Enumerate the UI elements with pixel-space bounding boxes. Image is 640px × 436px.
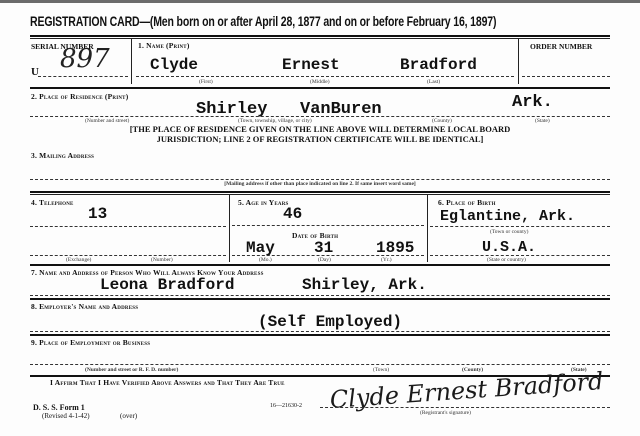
divider	[518, 38, 519, 84]
residence-label: 2. Place of Residence (Print)	[31, 92, 128, 101]
year-caption: (Yr.)	[381, 257, 392, 263]
signature-line	[320, 407, 610, 408]
employment-town-caption: (Town)	[373, 367, 389, 373]
first-caption: (First)	[199, 79, 213, 85]
birthplace-town: Eglantine, Ark.	[440, 208, 575, 225]
print-code: 16—21630-2	[270, 403, 302, 409]
name-last: Bradford	[400, 56, 477, 74]
order-number-label: ORDER NUMBER	[530, 42, 592, 51]
country-line	[430, 255, 610, 256]
divider	[131, 38, 132, 84]
telephone-line	[30, 226, 226, 227]
age-label: 5. Age in Years	[238, 198, 289, 207]
birthplace-line	[430, 226, 610, 227]
residence-line	[30, 116, 610, 117]
mailing-line	[30, 179, 610, 180]
birthplace-town-caption: (Town or county)	[490, 229, 528, 235]
revised-date: (Revised 4-1-42)	[42, 412, 90, 420]
serial-line	[38, 76, 128, 77]
divider	[427, 194, 428, 262]
day-caption: (Day)	[318, 257, 331, 263]
employer-value: (Self Employed)	[258, 313, 402, 331]
last-caption: (Last)	[427, 79, 440, 85]
over-note: (over)	[120, 412, 137, 420]
employment-place-line	[30, 364, 610, 365]
contact-line	[30, 295, 610, 296]
serial-number-value: 897	[60, 44, 110, 74]
divider	[229, 194, 230, 262]
dob-line	[232, 255, 424, 256]
header-rule	[30, 35, 610, 37]
scan-top-edge	[0, 0, 640, 3]
mailing-address-label: 3. Mailing Address	[31, 151, 94, 160]
row-rule	[30, 191, 610, 193]
header-rule-thin	[30, 38, 610, 39]
employment-place-label: 9. Place of Employment or Business	[31, 338, 150, 347]
age-value: 46	[283, 205, 302, 223]
name-middle: Ernest	[282, 56, 340, 74]
contact-name: Leona Bradford	[100, 276, 234, 294]
age-line	[232, 225, 424, 226]
jurisdiction-notice-1: [THE PLACE OF RESIDENCE GIVEN ON THE LIN…	[0, 124, 640, 134]
row-rule	[30, 334, 610, 336]
employment-county-caption: (County)	[462, 367, 483, 373]
order-number-line	[522, 76, 610, 77]
middle-caption: (Middle)	[310, 79, 330, 85]
exchange-caption: (Exchange)	[66, 257, 91, 263]
birthplace-label: 6. Place of Birth	[438, 198, 496, 207]
name-first: Clyde	[150, 56, 198, 74]
telephone-value: 13	[88, 205, 107, 223]
month-caption: (Mo.)	[259, 257, 272, 263]
country-caption: (State or country)	[487, 257, 526, 263]
number-caption: (Number)	[151, 257, 173, 263]
row-rule	[30, 264, 610, 266]
row-rule	[30, 87, 610, 89]
name-label: 1. Name (Print)	[138, 41, 190, 50]
telephone-line-2	[30, 255, 226, 256]
form-id: D. S. S. Form 1	[33, 403, 85, 412]
jurisdiction-notice-2: JURISDICTION; LINE 2 OF REGISTRATION CER…	[0, 134, 640, 144]
signature-caption: (Registrant's signature)	[420, 410, 471, 416]
telephone-label: 4. Telephone	[31, 198, 74, 207]
birthplace-country: U.S.A.	[482, 239, 536, 256]
employer-label: 8. Employer's Name and Address	[31, 302, 138, 311]
contact-address: Shirley, Ark.	[302, 276, 427, 294]
employer-line	[30, 331, 610, 332]
employment-street-caption: (Number and street or R. F. D. number)	[85, 367, 178, 373]
card-title: REGISTRATION CARD—(Men born on or after …	[30, 14, 496, 29]
name-line	[136, 76, 514, 77]
row-rule	[30, 298, 610, 300]
affirmation-text: I Affirm That I Have Verified Above Answ…	[50, 378, 285, 387]
residence-state: Ark.	[512, 93, 553, 112]
row-rule-thin	[30, 194, 610, 195]
mailing-caption: [Mailing address if other than place ind…	[0, 181, 640, 187]
